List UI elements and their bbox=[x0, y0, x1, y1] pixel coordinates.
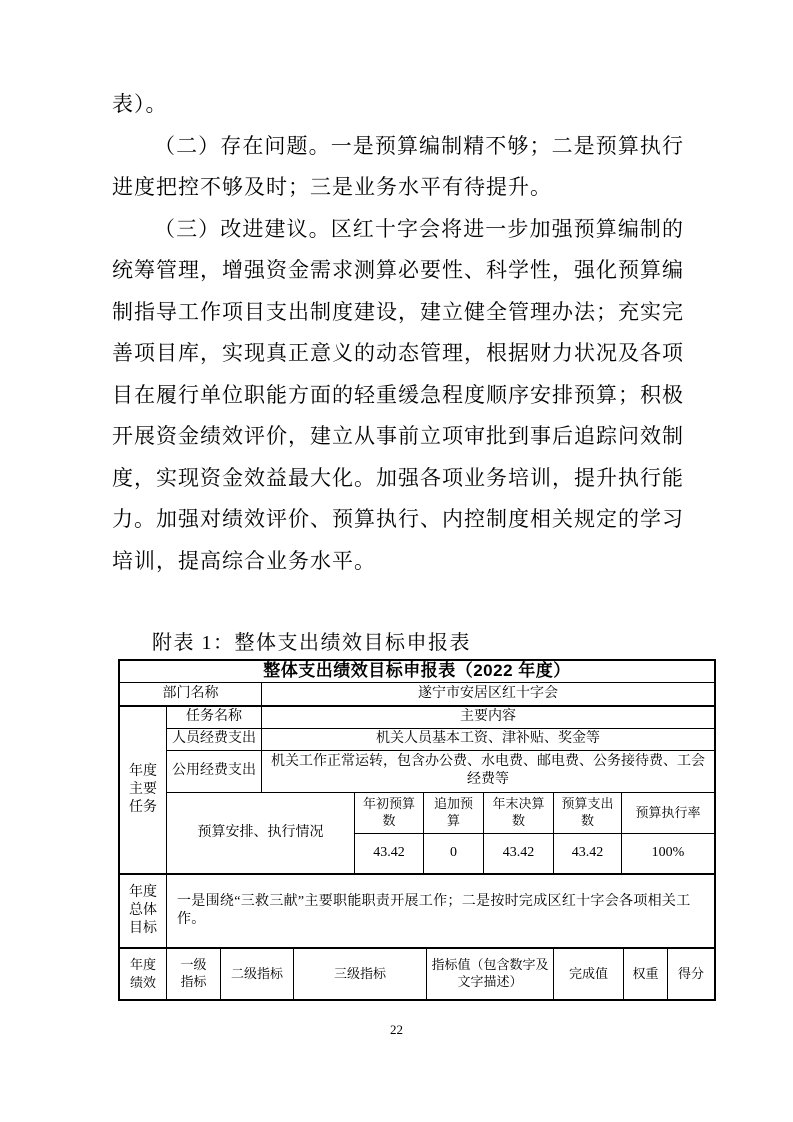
paragraph-problems: （二）存在问题。一是预算编制精不够；二是预算执行进度把控不够及时；三是业务水平有… bbox=[112, 126, 684, 209]
task-name-label: 任务名称 bbox=[167, 707, 262, 728]
performance-label-line: 年度 bbox=[130, 956, 156, 974]
annual-tasks-label: 年度 主要 任务 bbox=[120, 707, 167, 873]
annual-tasks-label-line: 主要 bbox=[129, 781, 157, 799]
table-row: 人员经费支出 机关人员基本工资、津补贴、奖金等 bbox=[167, 729, 714, 751]
annual-tasks-label-line: 任务 bbox=[129, 799, 157, 817]
performance-col-weight: 权重 bbox=[624, 949, 668, 999]
annual-goal-row: 年度 总体 目标 一是围绕“三救三献”主要职能职责开展工作；二是按时完成区红十字… bbox=[120, 875, 714, 949]
department-row: 部门名称 遂宁市安居区红十字会 bbox=[120, 683, 714, 707]
annual-tasks-label-line: 年度 bbox=[129, 763, 157, 781]
performance-label: 年度 绩效 bbox=[120, 949, 167, 999]
budget-col-header: 预算支出数 bbox=[554, 793, 622, 834]
budget-value: 43.42 bbox=[554, 834, 622, 873]
performance-col-level2: 二级指标 bbox=[221, 949, 294, 999]
budget-col-header: 追加预算 bbox=[424, 793, 484, 834]
table-title: 整体支出绩效目标申报表（2022 年度） bbox=[120, 661, 714, 682]
public-expense-label: 公用经费支出 bbox=[167, 751, 262, 793]
budget-value: 43.42 bbox=[484, 834, 554, 873]
performance-col-target-value: 指标值（包含数字及文字描述） bbox=[427, 949, 554, 999]
performance-target-table: 整体支出绩效目标申报表（2022 年度） 部门名称 遂宁市安居区红十字会 年度 … bbox=[118, 659, 716, 1001]
annual-goal-content: 一是围绕“三救三献”主要职能职责开展工作；二是按时完成区红十字会各项相关工作。 bbox=[167, 875, 714, 947]
performance-label-line: 绩效 bbox=[130, 974, 156, 992]
budget-col-header: 年初预算数 bbox=[355, 793, 424, 834]
annual-goal-label-line: 目标 bbox=[129, 920, 157, 938]
personnel-expense-label: 人员经费支出 bbox=[167, 729, 262, 750]
department-label: 部门名称 bbox=[120, 683, 262, 705]
personnel-expense-value: 机关人员基本工资、津补贴、奖金等 bbox=[262, 729, 714, 750]
budget-col-header: 预算执行率 bbox=[622, 793, 714, 834]
page-number: 22 bbox=[0, 1022, 793, 1038]
performance-col-score: 得分 bbox=[668, 949, 714, 999]
annual-goal-label: 年度 总体 目标 bbox=[120, 875, 167, 947]
budget-row: 预算安排、执行情况 年初预算数 追加预算 年末决算数 预算支出数 预算执行率 4… bbox=[167, 793, 714, 873]
table-row: 公用经费支出 机关工作正常运转，包含办公费、水电费、邮电费、公务接待费、工会经费… bbox=[167, 751, 714, 794]
document-page: 表）。 （二）存在问题。一是预算编制精不够；二是预算执行进度把控不够及时；三是业… bbox=[0, 0, 793, 1122]
budget-header-row: 年初预算数 追加预算 年末决算数 预算支出数 预算执行率 bbox=[355, 793, 714, 834]
budget-value: 0 bbox=[424, 834, 484, 873]
paragraph-suggestions: （三）改进建议。区红十字会将进一步加强预算编制的统筹管理，增强资金需求测算必要性… bbox=[112, 209, 684, 583]
annual-tasks-block: 年度 主要 任务 任务名称 主要内容 人员经费支出 机关人员基本工资、津补贴、奖… bbox=[120, 707, 714, 875]
annual-goal-label-line: 总体 bbox=[129, 902, 157, 920]
performance-col-level1-line: 一级 bbox=[180, 957, 206, 974]
performance-header-row: 年度 绩效 一级 指标 二级指标 三级指标 指标值（包含数字及文字描述） 完成值… bbox=[120, 949, 714, 999]
paragraph-continuation: 表）。 bbox=[112, 84, 684, 126]
table-row: 任务名称 主要内容 bbox=[167, 707, 714, 729]
performance-col-level3: 三级指标 bbox=[294, 949, 427, 999]
table-title-row: 整体支出绩效目标申报表（2022 年度） bbox=[120, 661, 714, 683]
budget-col-header: 年末决算数 bbox=[484, 793, 554, 834]
budget-values-row: 43.42 0 43.42 43.42 100% bbox=[355, 834, 714, 873]
table-caption: 附表 1：整体支出绩效目标申报表 bbox=[112, 626, 712, 655]
task-name-value: 主要内容 bbox=[262, 707, 714, 728]
performance-col-level1-line: 指标 bbox=[180, 974, 206, 991]
budget-value: 100% bbox=[622, 834, 714, 873]
department-value: 遂宁市安居区红十字会 bbox=[262, 683, 714, 705]
budget-value: 43.42 bbox=[355, 834, 424, 873]
budget-label: 预算安排、执行情况 bbox=[167, 793, 355, 873]
performance-col-completion: 完成值 bbox=[554, 949, 624, 999]
annual-goal-label-line: 年度 bbox=[129, 884, 157, 902]
performance-col-level1: 一级 指标 bbox=[167, 949, 221, 999]
public-expense-value: 机关工作正常运转，包含办公费、水电费、邮电费、公务接待费、工会经费等 bbox=[262, 751, 714, 793]
body-text: 表）。 （二）存在问题。一是预算编制精不够；二是预算执行进度把控不够及时；三是业… bbox=[112, 84, 684, 582]
